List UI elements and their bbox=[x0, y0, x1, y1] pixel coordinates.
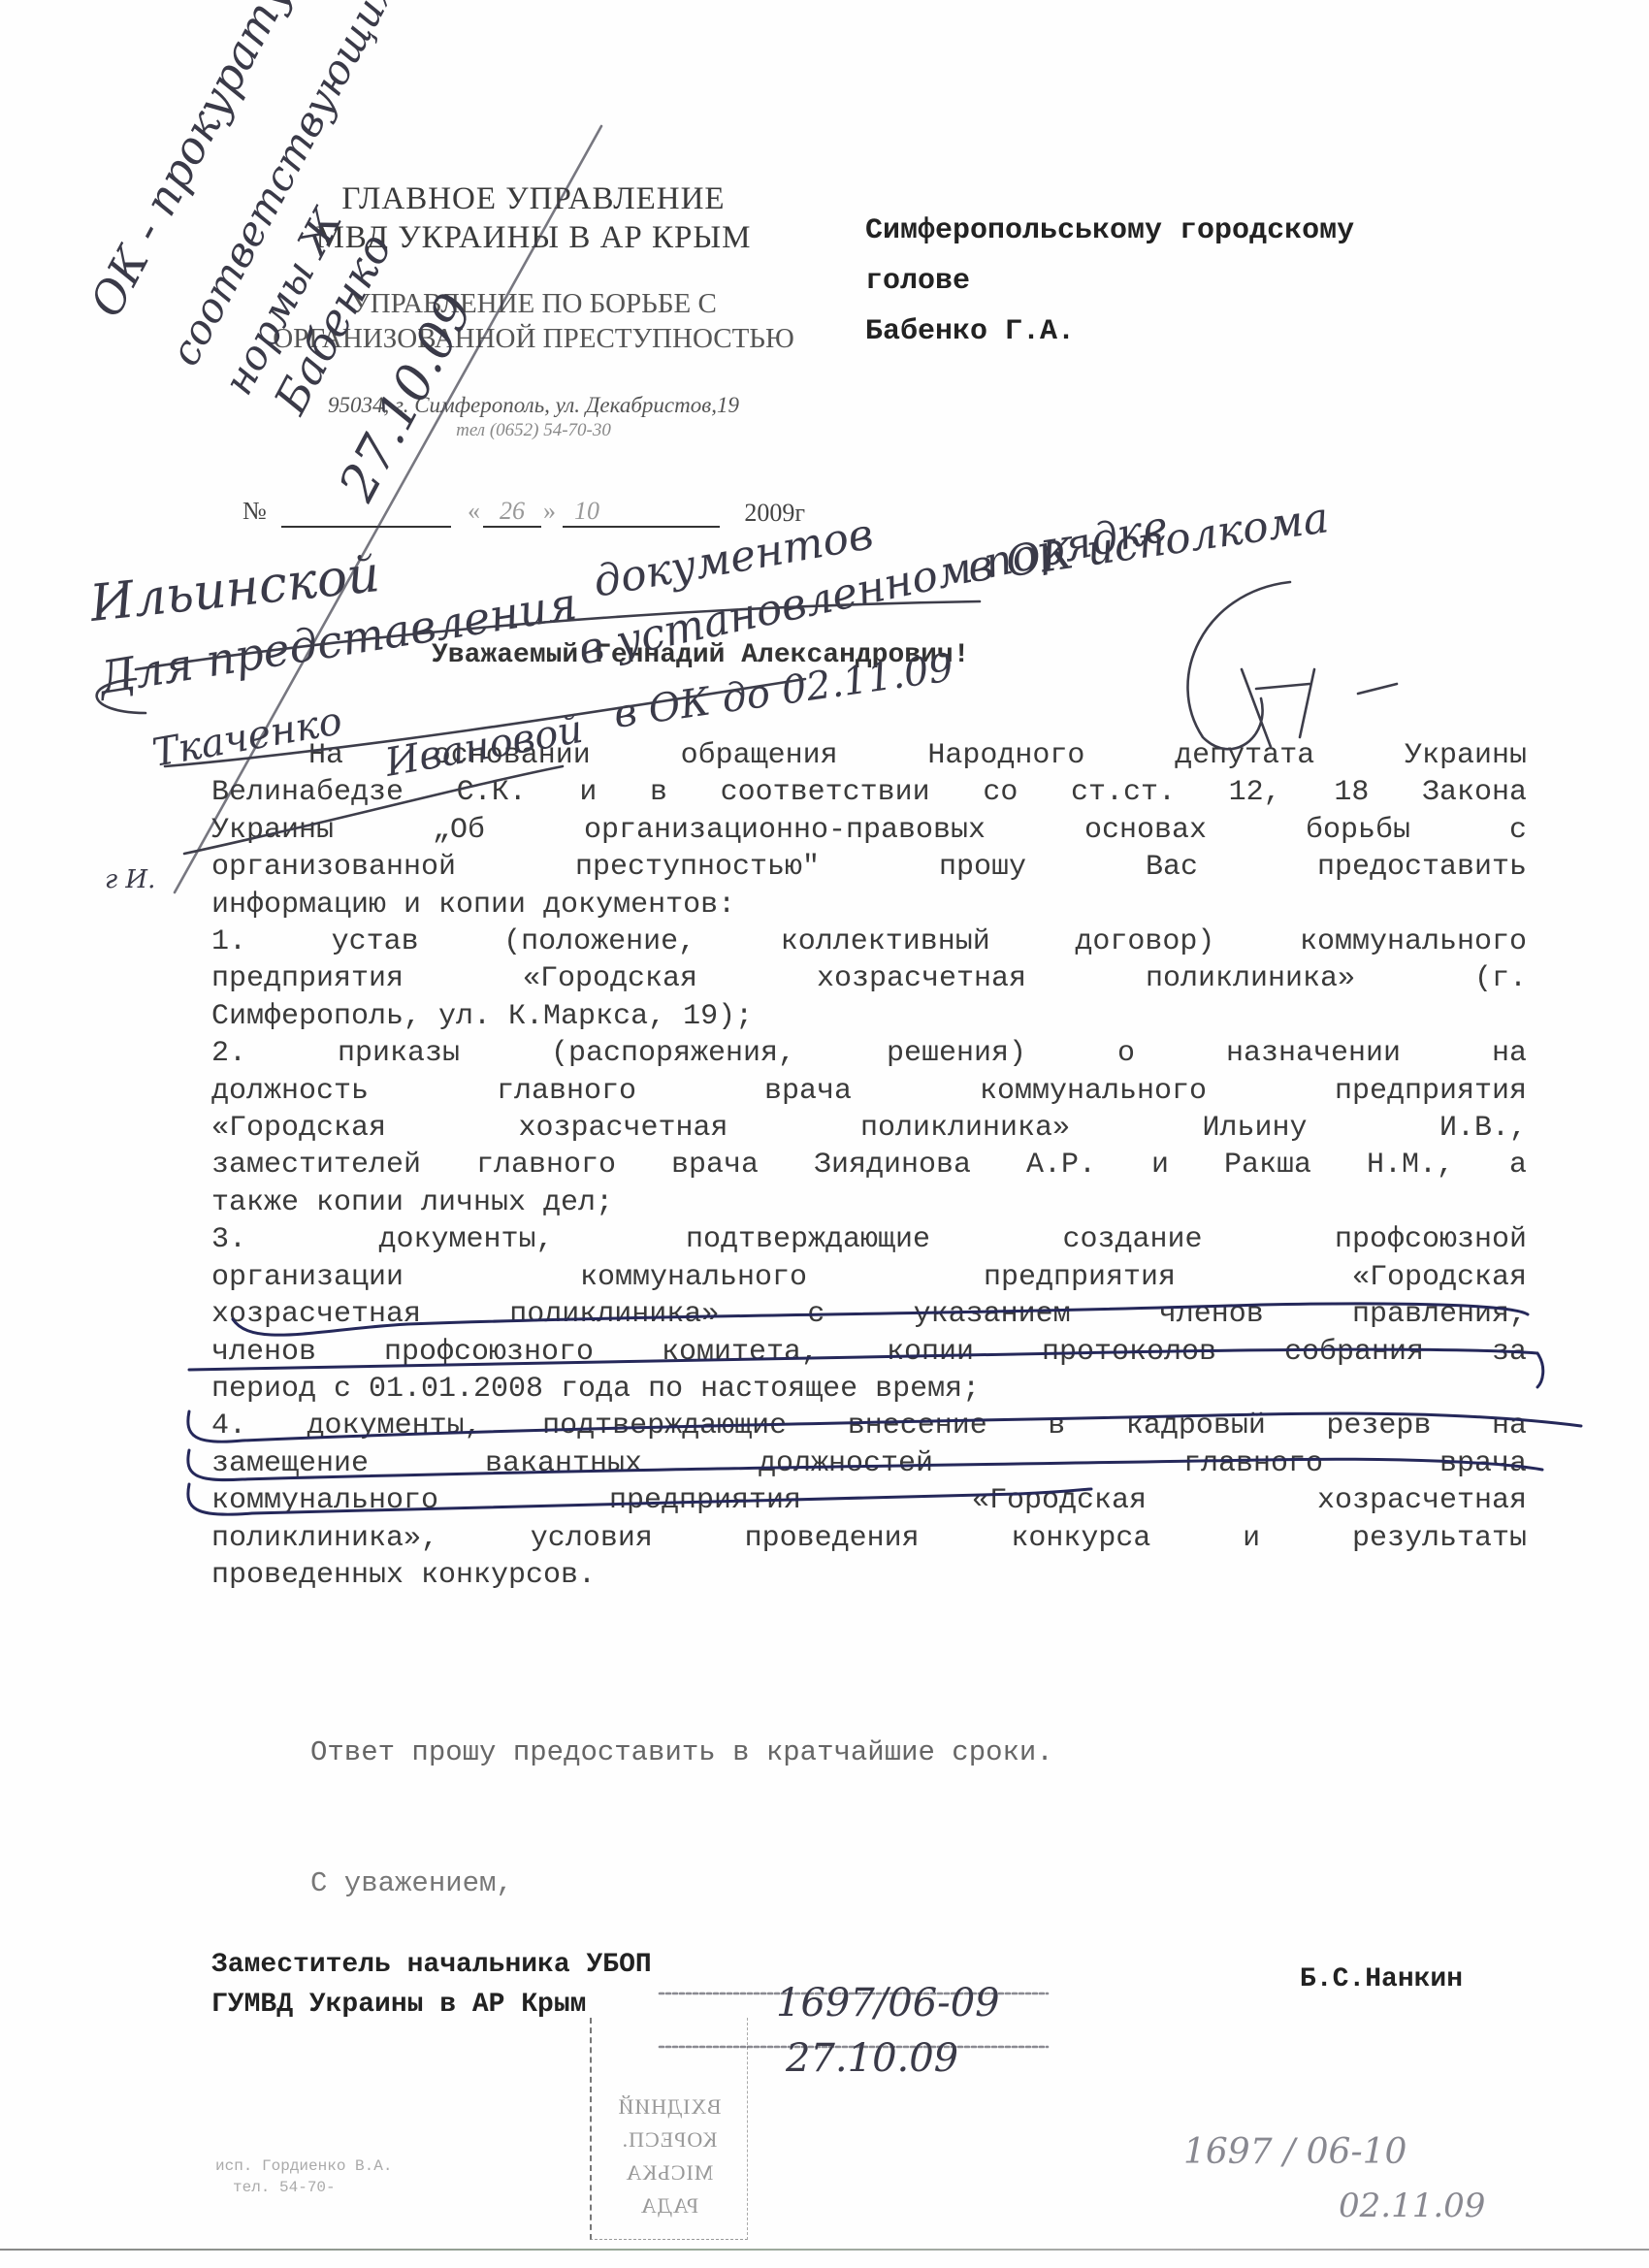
addressee-line2: голове bbox=[865, 256, 1354, 307]
body-line: 2. приказы (распоряжения, решения) о наз… bbox=[211, 1035, 1527, 1072]
letterhead-address: 95034, г. Симферополь, ул. Декабристов,1… bbox=[223, 393, 844, 418]
signer-name: Б.С.Нанкин bbox=[1300, 1964, 1463, 1994]
svg-text:Ильинской: Ильинской bbox=[86, 545, 382, 633]
regards: С уважением, bbox=[310, 1867, 513, 1899]
signer-title: Заместитель начальника УБОП ГУМВД Украин… bbox=[211, 1945, 652, 2025]
ref-number-field bbox=[281, 497, 451, 528]
scanned-letter-page: ГЛАВНОЕ УПРАВЛЕНИЕ МВД УКРАИНЫ В АР КРЫМ… bbox=[0, 0, 1649, 2268]
letterhead-dept-line1: УПРАВЛЕНИЕ ПО БОРЬБЕ С bbox=[223, 286, 844, 321]
letterhead-phone: тел (0652) 54-70-30 bbox=[223, 420, 844, 441]
svg-text:в ОК исполкома: в ОК исполкома bbox=[964, 493, 1331, 593]
addressee-line3: Бабенко Г.А. bbox=[865, 307, 1354, 357]
body-line: членов профсоюзного комитета, копии прот… bbox=[211, 1334, 1527, 1371]
body-line: «Городская хозрасчетная поликлиника» Иль… bbox=[211, 1110, 1527, 1147]
scan-edge-line bbox=[0, 2249, 1649, 2251]
body-line: хозрасчетная поликлиника» с указанием чл… bbox=[211, 1296, 1527, 1333]
stamp-line3: МІСЬКА РАДА bbox=[601, 2156, 737, 2222]
svg-text:г И.: г И. bbox=[105, 865, 155, 894]
stamp-line1: ВХІДНИЙ bbox=[601, 2090, 737, 2123]
body-line: организации коммунального предприятия «Г… bbox=[211, 1259, 1527, 1296]
closing-request: Ответ прошу предоставить в кратчайшие ср… bbox=[310, 1736, 1053, 1768]
letterhead-dept-line2: ОРГАНИЗОВАННОЙ ПРЕСТУПНОСТЬЮ bbox=[223, 321, 844, 356]
executor-note-faint: исп. Гордиенко В.А. тел. 54-70- bbox=[215, 2155, 392, 2198]
body-line: коммунального предприятия «Городская хоз… bbox=[211, 1482, 1527, 1519]
body-line: заместителей главного врача Зиядинова А.… bbox=[211, 1147, 1527, 1183]
body-line: 3. документы, подтверждающие создание пр… bbox=[211, 1221, 1527, 1258]
body-line: На основании обращения Народного депутат… bbox=[211, 737, 1527, 774]
body-line: предприятия «Городская хозрасчетная поли… bbox=[211, 960, 1527, 997]
ref-year: 2009г bbox=[744, 499, 805, 528]
body-line: Украины „Об организационно-правовых осно… bbox=[211, 812, 1527, 849]
body-line: период с 01.01.2008 года по настоящее вр… bbox=[211, 1371, 1527, 1408]
letterhead-org-line1: ГЛАВНОЕ УПРАВЛЕНИЕ bbox=[223, 179, 844, 218]
body-line: организованной преступностью" прошу Вас … bbox=[211, 849, 1527, 886]
signer-title-line2: ГУМВД Украины в АР Крым bbox=[211, 1985, 652, 2025]
ref-day-field: 26 bbox=[483, 497, 541, 528]
body-line: информацию и копии документов: bbox=[211, 887, 1527, 923]
reference-date-line: № « 26 » 10 2009г bbox=[242, 495, 805, 534]
body-line: 1. устав (положение, коллективный догово… bbox=[211, 923, 1527, 960]
body-line: Велинабедзе С.К. и в соответствии со ст.… bbox=[211, 774, 1527, 811]
addressee-line1: Симферопольському городскому bbox=[865, 206, 1354, 256]
body-line: поликлиника», условия проведения конкурс… bbox=[211, 1520, 1527, 1557]
letterhead-org-line2: МВД УКРАИНЫ В АР КРЫМ bbox=[223, 218, 844, 257]
letterhead: ГЛАВНОЕ УПРАВЛЕНИЕ МВД УКРАИНЫ В АР КРЫМ… bbox=[223, 179, 844, 441]
svg-text:1697/06-09: 1697/06-09 bbox=[776, 1981, 1000, 2025]
svg-text:02.11.09: 02.11.09 bbox=[1339, 2187, 1485, 2225]
incoming-stamp: ВХІДНИЙ КОРЕСП. МІСЬКА РАДА bbox=[601, 2090, 737, 2222]
addressee-block: Симферопольському городскому голове Бабе… bbox=[865, 206, 1354, 357]
ref-number-prefix: № bbox=[242, 497, 267, 526]
svg-text:27.10.09: 27.10.09 bbox=[785, 2036, 958, 2081]
stamp-line2: КОРЕСП. bbox=[601, 2123, 737, 2156]
body-line: 4. документы, подтверждающие внесение в … bbox=[211, 1408, 1527, 1444]
body-line: Симферополь, ул. К.Маркса, 19); bbox=[211, 998, 1527, 1035]
body-line: должность главного врача коммунального п… bbox=[211, 1073, 1527, 1110]
svg-text:1697 / 06-10: 1697 / 06-10 bbox=[1183, 2132, 1406, 2172]
ref-month-field: 10 bbox=[563, 497, 720, 528]
body-line: проведенных конкурсов. bbox=[211, 1557, 1527, 1594]
salutation: Уважаемый Геннадий Александрович! bbox=[432, 640, 970, 670]
body-line: замещение вакантных должностей - главног… bbox=[211, 1445, 1527, 1482]
letter-body: На основании обращения Народного депутат… bbox=[211, 737, 1527, 1594]
body-line: также копии личных дел; bbox=[211, 1184, 1527, 1221]
signer-title-line1: Заместитель начальника УБОП bbox=[211, 1945, 652, 1985]
